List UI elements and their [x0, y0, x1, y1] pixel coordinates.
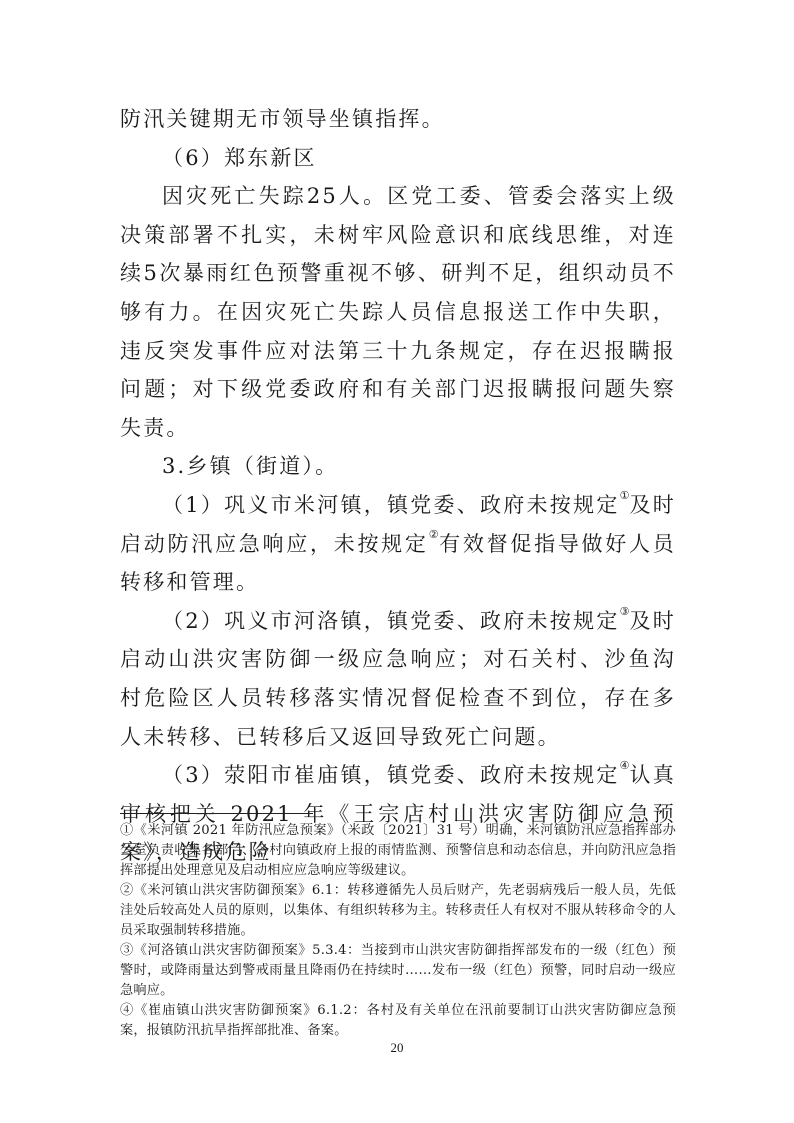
footnote-mark: ④ [120, 1003, 134, 1018]
footnote-text: 《崔庙镇山洪灾害防御预案》6.1.2：各村及有关单位在汛前要制订山洪灾害防御应急… [120, 1003, 676, 1038]
paragraph-text: 防汛关键期无市领导坐镇指挥。 [120, 107, 445, 131]
page-number: 20 [0, 1040, 794, 1056]
paragraph: （1）巩义市米河镇，镇党委、政府未按规定①及时启动防汛应急响应，未按规定②有效督… [120, 486, 676, 602]
footnote-text: 《米河镇山洪灾害防御预案》6.1：转移遵循先人员后财产，先老弱病残后一般人员，先… [120, 883, 676, 938]
footnote: ③《河洛镇山洪灾害防御预案》5.3.4：当接到市山洪灾害防御指挥部发布的一级（红… [120, 941, 676, 1001]
footnote-mark: ③ [120, 943, 134, 958]
footnote-separator [120, 813, 313, 814]
section-heading: 3.乡镇（街道）。 [120, 447, 676, 486]
footnote-reference[interactable]: ② [429, 528, 439, 541]
footnote-reference[interactable]: ④ [620, 759, 630, 772]
heading-text: 3.乡镇（街道）。 [162, 454, 338, 478]
footnote: ④《崔庙镇山洪灾害防御预案》6.1.2：各村及有关单位在汛前要制订山洪灾害防御应… [120, 1001, 676, 1041]
paragraph-text: 因灾死亡失踪25人。区党工委、管委会落实上级决策部署不扎实，未树牢风险意识和底线… [120, 184, 676, 440]
footnote: ①《米河镇 2021 年防汛应急预案》（米政〔2021〕31 号）明确，米河镇防… [120, 821, 676, 881]
document-body: 防汛关键期无市领导坐镇指挥。 （6）郑东新区 因灾死亡失踪25人。区党工委、管委… [120, 100, 676, 872]
footnote-reference[interactable]: ③ [620, 605, 630, 618]
heading-text: （6）郑东新区 [162, 146, 317, 170]
footnote-text: 《河洛镇山洪灾害防御预案》5.3.4：当接到市山洪灾害防御指挥部发布的一级（红色… [120, 943, 676, 998]
paragraph-text: （1）巩义市米河镇，镇党委、政府未按规定 [162, 493, 620, 517]
paragraph-text: （2）巩义市河洛镇，镇党委、政府未按规定 [162, 609, 620, 633]
footnotes-section: ①《米河镇 2021 年防汛应急预案》（米政〔2021〕31 号）明确，米河镇防… [120, 813, 676, 1041]
footnote: ②《米河镇山洪灾害防御预案》6.1：转移遵循先人员后财产，先老弱病残后一般人员，… [120, 881, 676, 941]
paragraph: 防汛关键期无市领导坐镇指挥。 [120, 100, 676, 139]
paragraph-text: （3）荥阳市崔庙镇，镇党委、政府未按规定 [162, 763, 620, 787]
paragraph: （2）巩义市河洛镇，镇党委、政府未按规定③及时启动山洪灾害防御一级应急响应；对石… [120, 602, 676, 756]
footnote-text: 《米河镇 2021 年防汛应急预案》（米政〔2021〕31 号）明确，米河镇防汛… [120, 823, 676, 878]
footnote-reference[interactable]: ① [620, 489, 630, 502]
footnote-mark: ① [120, 823, 134, 838]
footnote-mark: ② [120, 883, 134, 898]
paragraph: 因灾死亡失踪25人。区党工委、管委会落实上级决策部署不扎实，未树牢风险意识和底线… [120, 177, 676, 447]
section-heading: （6）郑东新区 [120, 139, 676, 178]
